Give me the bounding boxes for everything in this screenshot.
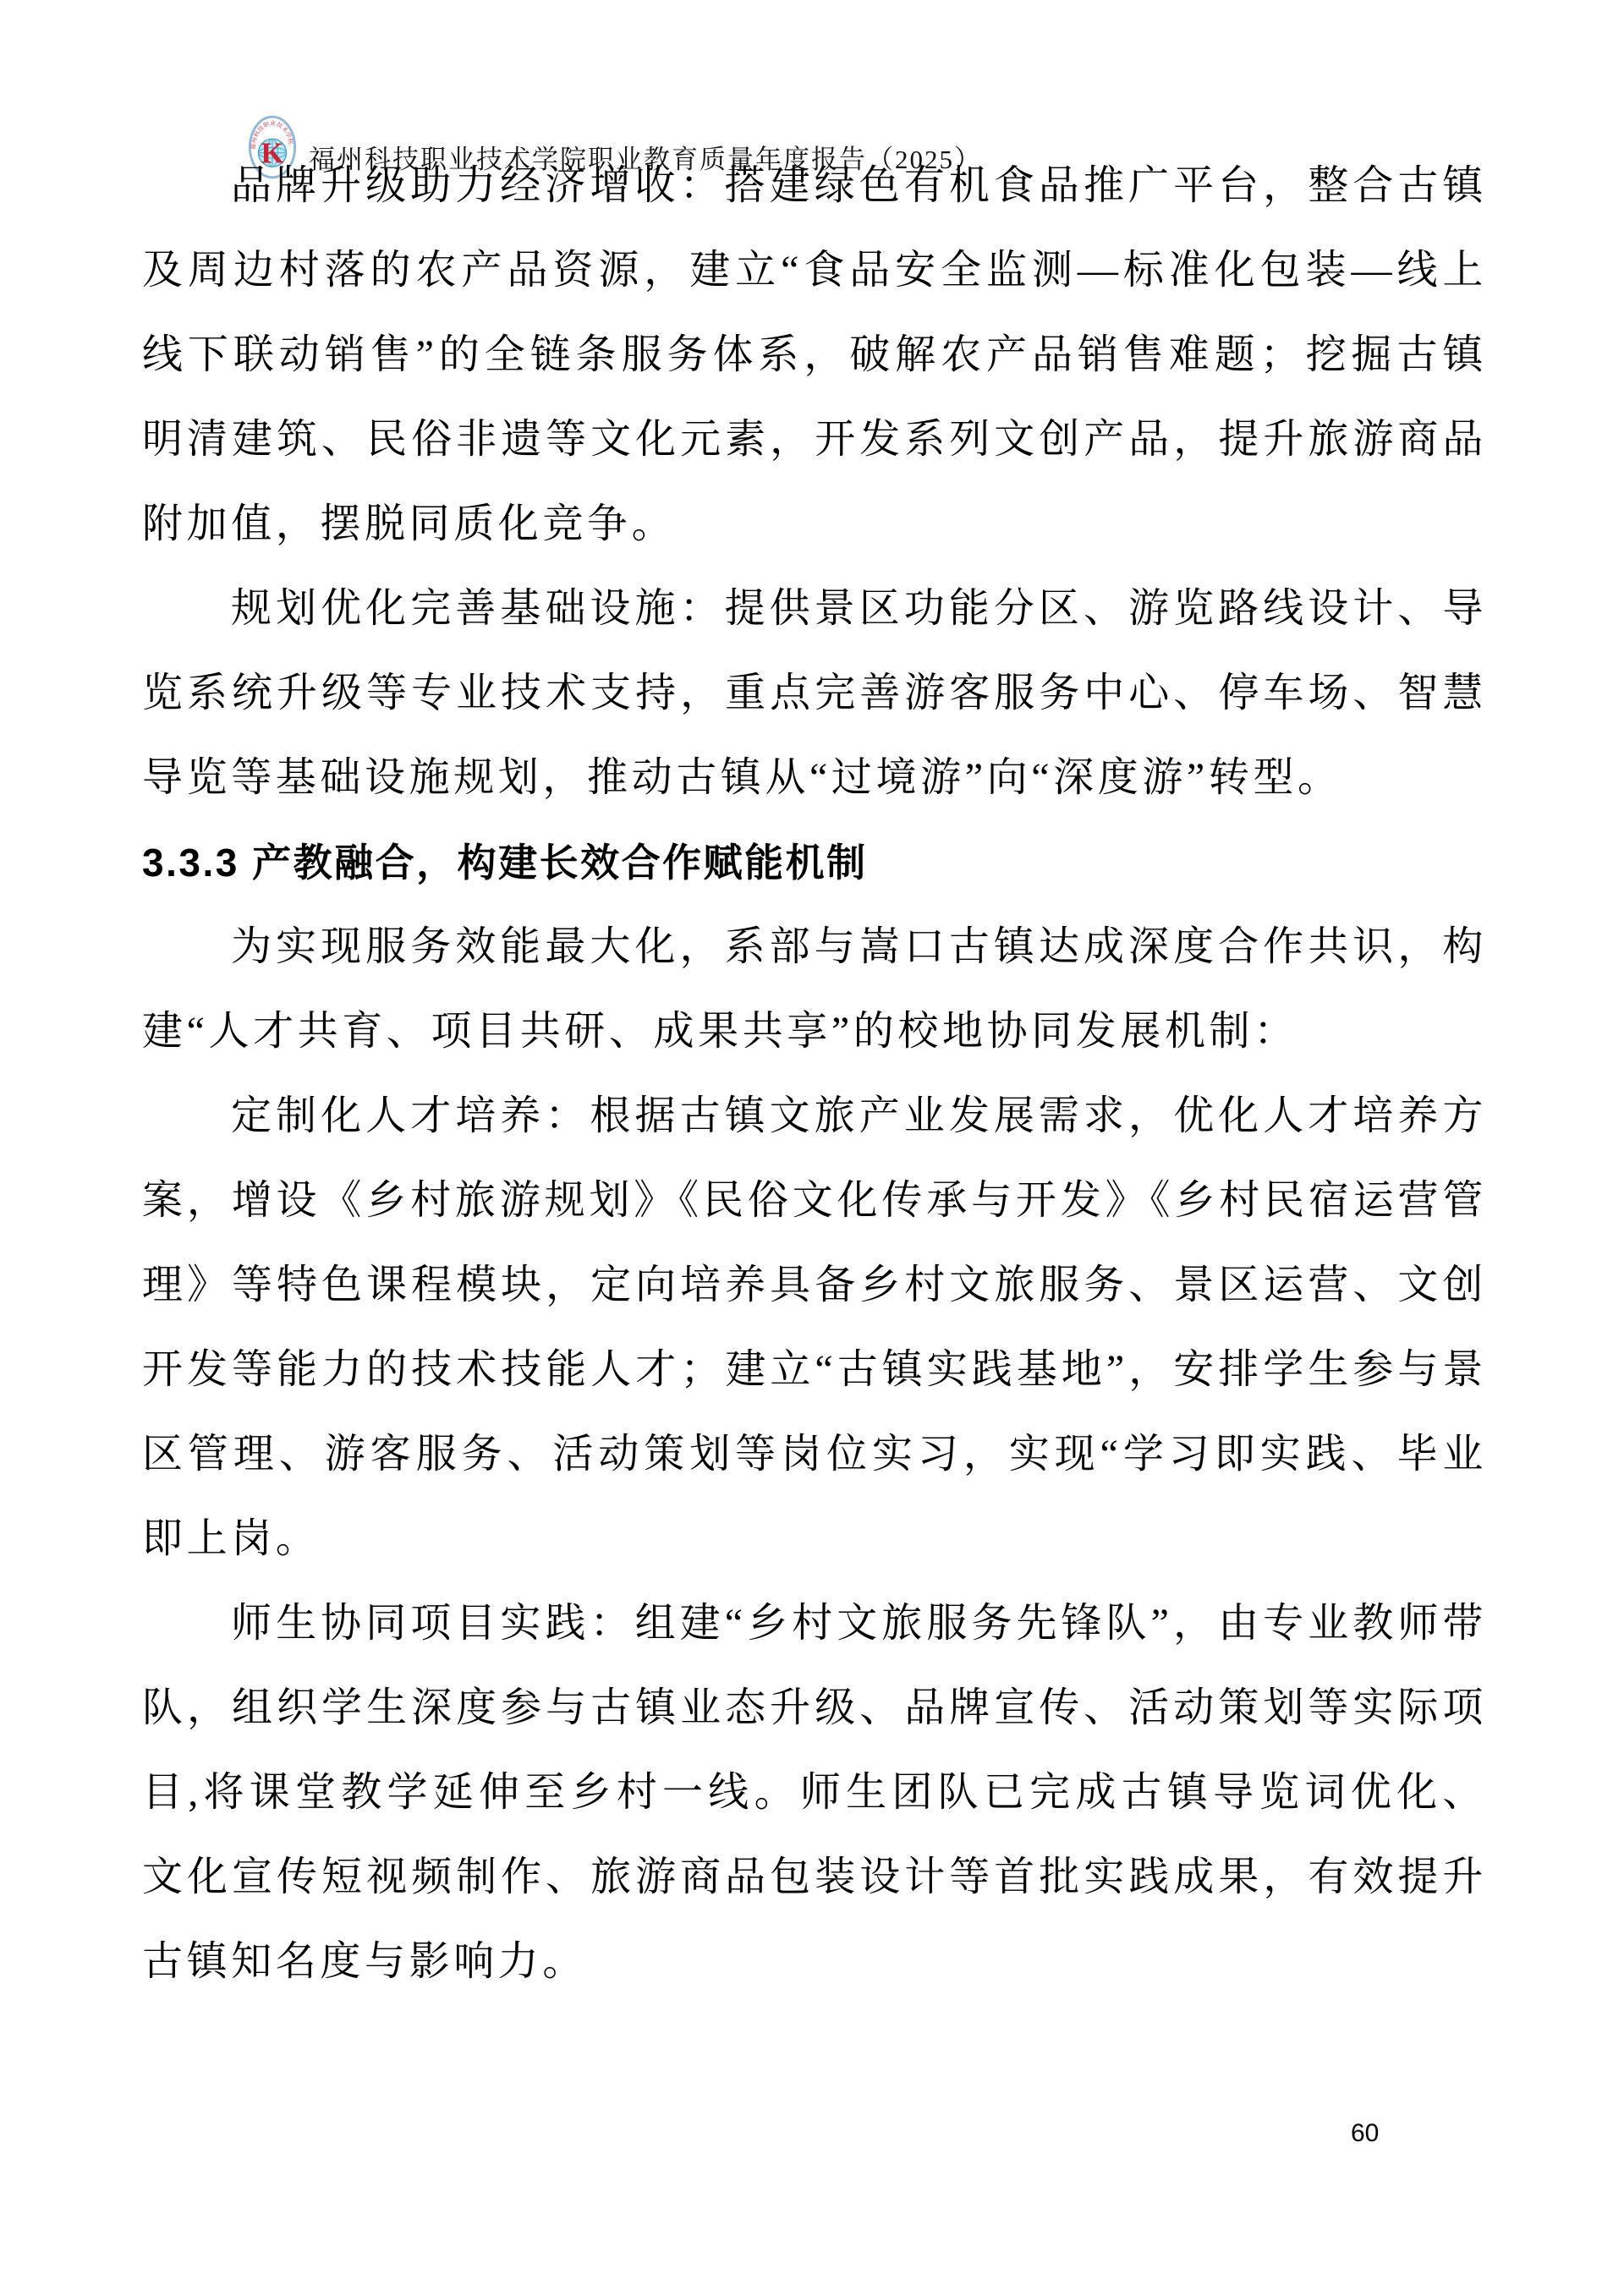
section-heading-3-3-3: 3.3.3 产教融合，构建长效合作赋能机制 (142, 820, 1487, 905)
page-number: 60 (1351, 2119, 1379, 2148)
paragraph-brand-upgrade: 品牌升级助力经济增收：搭建绿色有机食品推广平台，整合古镇及周边村落的农产品资源，… (142, 144, 1487, 567)
document-page: 福州科技职业技术学院 K 福州科技职业技术学院职业教育质量年度报告（2025） … (0, 0, 1624, 2296)
paragraph-planning-infrastructure: 规划优化完善基础设施：提供景区功能分区、游览路线设计、导览系统升级等专业技术支持… (142, 567, 1487, 820)
paragraph-teacher-student-practice: 师生协同项目实践：组建“乡村文旅服务先锋队”，由专业教师带队，组织学生深度参与古… (142, 1581, 1487, 2004)
paragraph-talent-cultivation: 定制化人才培养：根据古镇文旅产业发展需求，优化人才培养方案，增设《乡村旅游规划》… (142, 1074, 1487, 1581)
document-body: 品牌升级助力经济增收：搭建绿色有机食品推广平台，整合古镇及周边村落的农产品资源，… (142, 144, 1487, 2004)
paragraph-cooperation-consensus: 为实现服务效能最大化，系部与嵩口古镇达成深度合作共识，构建“人才共育、项目共研、… (142, 905, 1487, 1074)
